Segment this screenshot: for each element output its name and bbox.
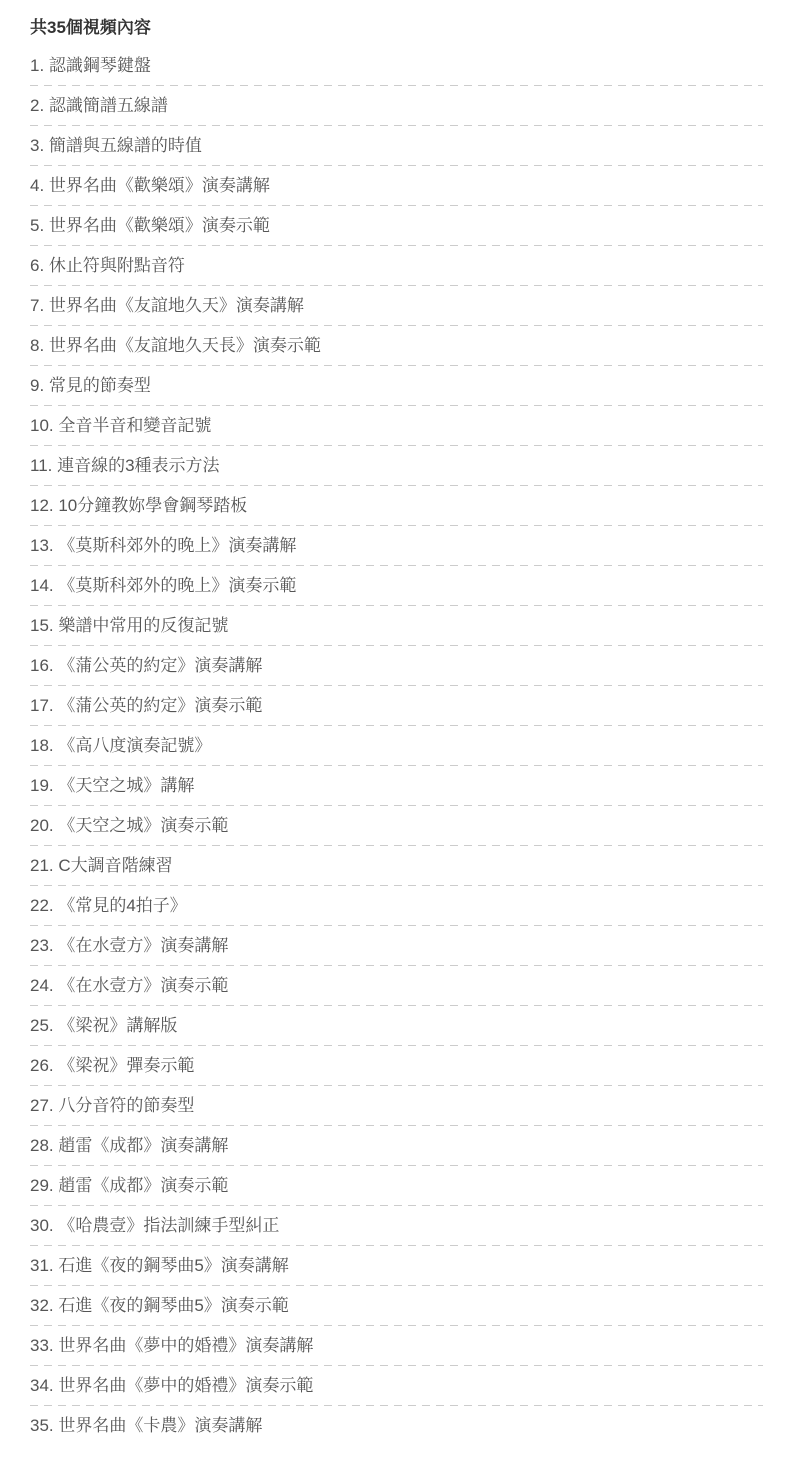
- list-item: 19. 《天空之城》講解: [30, 766, 763, 806]
- video-content-section: 共35個視頻內容 1. 認識鋼琴鍵盤2. 認識簡譜五線譜3. 簡譜與五線譜的時值…: [0, 0, 800, 1464]
- list-item: 10. 全音半音和變音記號: [30, 406, 763, 446]
- list-item: 23. 《在水壹方》演奏講解: [30, 926, 763, 966]
- list-item: 20. 《天空之城》演奏示範: [30, 806, 763, 846]
- list-item: 21. C大調音階練習: [30, 846, 763, 886]
- list-item: 18. 《高八度演奏記號》: [30, 726, 763, 766]
- list-item: 2. 認識簡譜五線譜: [30, 86, 763, 126]
- list-item: 25. 《梁祝》講解版: [30, 1006, 763, 1046]
- list-item: 35. 世界名曲《卡農》演奏講解: [30, 1406, 763, 1446]
- list-item: 1. 認識鋼琴鍵盤: [30, 46, 763, 86]
- list-item: 3. 簡譜與五線譜的時值: [30, 126, 763, 166]
- list-item: 22. 《常見的4拍子》: [30, 886, 763, 926]
- list-item: 12. 10分鐘教妳學會鋼琴踏板: [30, 486, 763, 526]
- list-item: 8. 世界名曲《友誼地久天長》演奏示範: [30, 326, 763, 366]
- list-item: 27. 八分音符的節奏型: [30, 1086, 763, 1126]
- list-item: 16. 《蒲公英的約定》演奏講解: [30, 646, 763, 686]
- list-item: 34. 世界名曲《夢中的婚禮》演奏示範: [30, 1366, 763, 1406]
- list-item: 4. 世界名曲《歡樂頌》演奏講解: [30, 166, 763, 206]
- list-item: 11. 連音線的3種表示方法: [30, 446, 763, 486]
- list-item: 15. 樂譜中常用的反復記號: [30, 606, 763, 646]
- list-item: 5. 世界名曲《歡樂頌》演奏示範: [30, 206, 763, 246]
- list-item: 26. 《梁祝》彈奏示範: [30, 1046, 763, 1086]
- list-item: 24. 《在水壹方》演奏示範: [30, 966, 763, 1006]
- list-item: 6. 休止符與附點音符: [30, 246, 763, 286]
- list-item: 17. 《蒲公英的約定》演奏示範: [30, 686, 763, 726]
- list-item: 9. 常見的節奏型: [30, 366, 763, 406]
- list-item: 31. 石進《夜的鋼琴曲5》演奏講解: [30, 1246, 763, 1286]
- list-item: 28. 趙雷《成都》演奏講解: [30, 1126, 763, 1166]
- list-item: 30. 《哈農壹》指法訓練手型糾正: [30, 1206, 763, 1246]
- list-item: 13. 《莫斯科郊外的晚上》演奏講解: [30, 526, 763, 566]
- list-item: 29. 趙雷《成都》演奏示範: [30, 1166, 763, 1206]
- list-item: 32. 石進《夜的鋼琴曲5》演奏示範: [30, 1286, 763, 1326]
- list-item: 33. 世界名曲《夢中的婚禮》演奏講解: [30, 1326, 763, 1366]
- video-content-list: 1. 認識鋼琴鍵盤2. 認識簡譜五線譜3. 簡譜與五線譜的時值4. 世界名曲《歡…: [30, 46, 763, 1446]
- list-item: 7. 世界名曲《友誼地久天》演奏講解: [30, 286, 763, 326]
- list-header: 共35個視頻內容: [30, 16, 763, 40]
- list-item: 14. 《莫斯科郊外的晚上》演奏示範: [30, 566, 763, 606]
